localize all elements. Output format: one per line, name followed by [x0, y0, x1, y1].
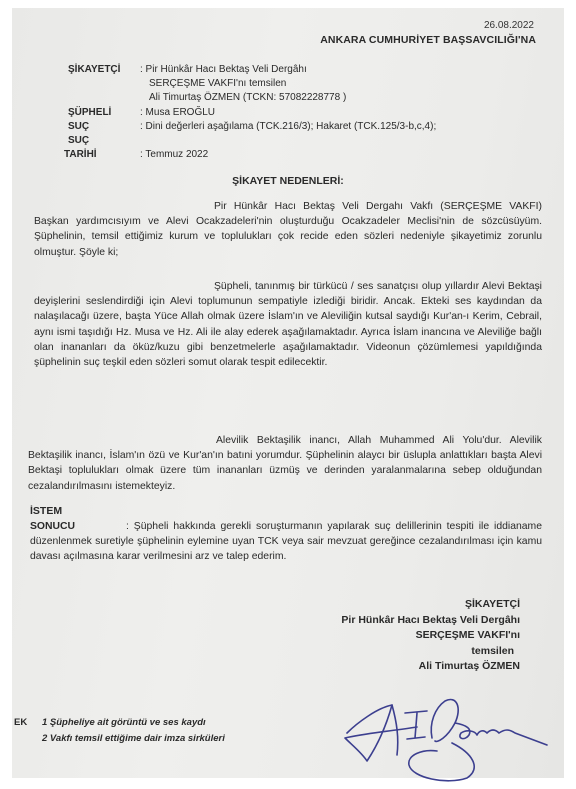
paragraph-1: Pir Hünkâr Hacı Bektaş Veli Dergahı Vakf…: [34, 199, 542, 260]
crime-date-label-line-1: SUÇ: [68, 135, 89, 146]
signature-name: Ali Timurtaş ÖZMEN: [341, 659, 520, 675]
complainant-label: ŞİKAYETÇİ: [68, 64, 120, 75]
signature-representing: temsilen: [341, 644, 520, 660]
signature-block: ŞİKAYETÇİ Pir Hünkâr Hacı Bektaş Veli De…: [341, 597, 520, 675]
crime-date-value: : Temmuz 2022: [140, 149, 208, 160]
suspect-label: ŞÜPHELİ: [68, 107, 111, 118]
crime-value: : Dini değerleri aşağılama (TCK.216/3); …: [140, 121, 436, 132]
paragraph-3-text: Alevilik Bektaşilik inancı, Allah Muhamm…: [28, 435, 542, 492]
handwritten-signature-icon: [337, 683, 567, 783]
signature-org: Pir Hünkâr Hacı Bektaş Veli Dergâhı: [341, 613, 520, 629]
attachment-item-2: 2 Vakfı temsil ettiğime dair imza sirkül…: [42, 733, 225, 744]
document-date: 26.08.2022: [484, 20, 534, 31]
request-label-line-2: SONUCU: [30, 519, 126, 534]
section-title-complaint-reasons: ŞİKAYET NEDENLERİ:: [12, 175, 564, 187]
attachments-label: EK: [14, 717, 27, 728]
signature-foundation: SERÇEŞME VAKFI'nı: [341, 628, 520, 644]
request-label-line-1: İSTEM: [30, 505, 62, 517]
paragraph-3: Alevilik Bektaşilik inancı, Allah Muhamm…: [28, 433, 542, 494]
paragraph-1-text: Pir Hünkâr Hacı Bektaş Veli Dergahı Vakf…: [34, 201, 542, 258]
suspect-value: : Musa EROĞLU: [140, 107, 215, 118]
crime-label: SUÇ: [68, 121, 89, 132]
complainant-line-1: : Pir Hünkâr Hacı Bektaş Veli Dergâhı: [140, 64, 307, 75]
complaint-document-page: 26.08.2022 ANKARA CUMHURİYET BAŞSAVCILIĞ…: [12, 8, 564, 778]
request-paragraph: SONUCU: Şüpheli hakkında gerekli soruştu…: [30, 519, 542, 565]
complainant-line-3: Ali Timurtaş ÖZMEN (TCKN: 57082228778 ): [149, 92, 346, 103]
recipient-office: ANKARA CUMHURİYET BAŞSAVCILIĞI'NA: [320, 34, 536, 46]
complainant-line-2: SERÇEŞME VAKFI'nı temsilen: [149, 78, 286, 89]
paragraph-2-text: Şüpheli, tanınmış bir türkücü / ses sana…: [34, 281, 542, 368]
crime-date-label-line-2: TARİHİ: [64, 149, 97, 160]
signature-title: ŞİKAYETÇİ: [341, 597, 520, 613]
paragraph-2: Şüpheli, tanınmış bir türkücü / ses sana…: [34, 279, 542, 370]
attachment-item-1: 1 Şüpheliye ait görüntü ve ses kaydı: [42, 717, 206, 728]
